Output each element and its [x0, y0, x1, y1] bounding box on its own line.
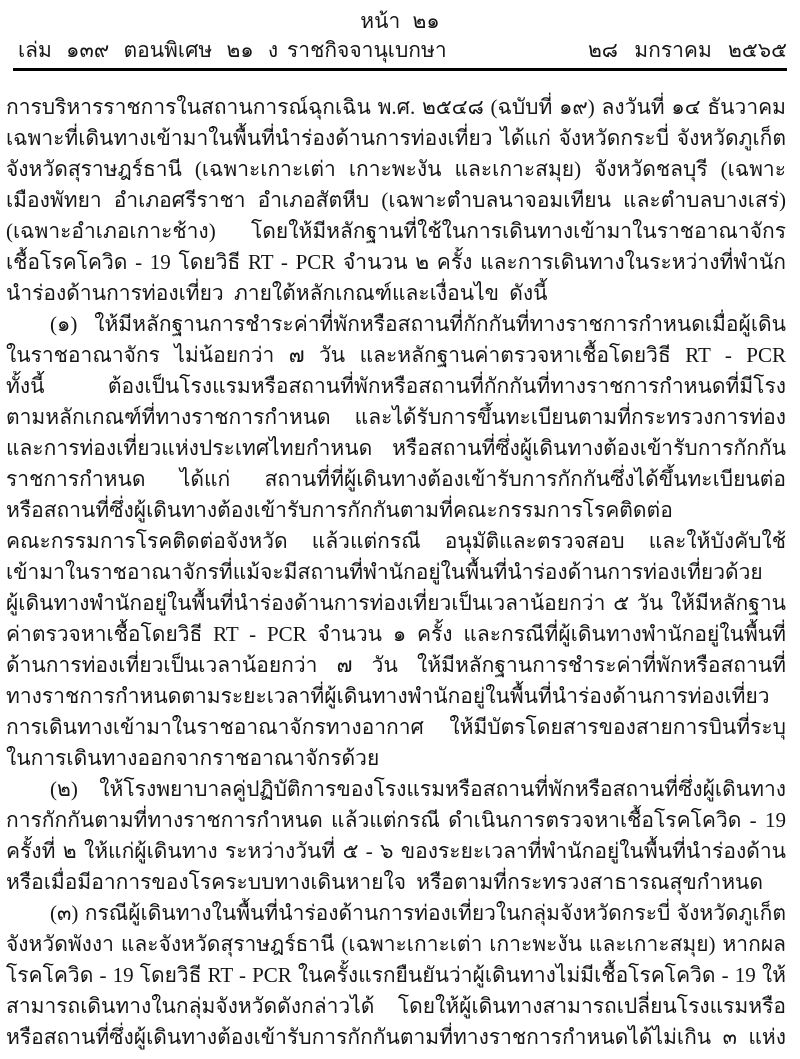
document-body: การบริหารราชการในสถานการณ์ฉุกเฉิน พ.ศ. ๒…: [0, 71, 800, 1053]
text-line: และการท่องเที่ยวแห่งประเทศไทยกำหนด หรือส…: [6, 433, 786, 464]
page-number: หน้า ๒๑: [0, 7, 800, 35]
text-line: (๒) ให้โรงพยาบาลคู่ปฏิบัติการของโรงแรมหร…: [6, 774, 786, 805]
gazette-page: หน้า ๒๑ เล่ม ๑๓๙ ตอนพิเศษ ๒๑ ง ราชกิจจาน…: [0, 0, 800, 1059]
text-line: เฉพาะที่เดินทางเข้ามาในพื้นที่นำร่องด้าน…: [6, 123, 786, 154]
header-meta-row: เล่ม ๑๓๙ ตอนพิเศษ ๒๑ ง ราชกิจจานุเบกษา ๒…: [0, 35, 800, 66]
text-line: เข้ามาในราชอาณาจักรที่แม้จะมีสถานที่พำนั…: [6, 557, 786, 588]
text-line: ทางราชการกำหนดตามระยะเวลาที่ผู้เดินทางพำ…: [6, 681, 786, 712]
text-line: (๓) กรณีผู้เดินทางในพื้นที่นำร่องด้านการ…: [6, 898, 786, 929]
text-line: ในราชอาณาจักร ไม่น้อยกว่า ๗ วัน และหลักฐ…: [6, 340, 786, 371]
text-line: สามารถเดินทางในกลุ่มจังหวัดดังกล่าวได้ โ…: [6, 991, 786, 1022]
text-line: ค่าตรวจหาเชื้อโดยวิธี RT - PCR จำนวน ๑ ค…: [6, 619, 786, 650]
text-line: หรือสถานที่ซึ่งผู้เดินทางต้องเข้ารับการก…: [6, 1022, 786, 1053]
text-line: ตามหลักเกณฑ์ที่ทางราชการกำหนด และได้รับก…: [6, 402, 786, 433]
volume-info: เล่ม ๑๓๙ ตอนพิเศษ ๒๑ ง: [18, 35, 278, 66]
text-line: ในการเดินทางออกจากราชอาณาจักรด้วย: [6, 743, 786, 774]
text-line: จังหวัดสุราษฎร์ธานี (เฉพาะเกาะเต่า เกาะพ…: [6, 154, 786, 185]
text-line: เชื้อโรคโควิด - 19 โดยวิธี RT - PCR จำนว…: [6, 247, 786, 278]
text-line: การกักกันตามที่ทางราชการกำหนด แล้วแต่กรณ…: [6, 805, 786, 836]
gazette-title: ราชกิจจานุเบกษา: [287, 35, 447, 66]
page-header: หน้า ๒๑ เล่ม ๑๓๙ ตอนพิเศษ ๒๑ ง ราชกิจจาน…: [0, 0, 800, 71]
text-line: การเดินทางเข้ามาในราชอาณาจักรทางอากาศ ให…: [6, 712, 786, 743]
text-line: (เฉพาะอำเภอเกาะช้าง) โดยให้มีหลักฐานที่ใ…: [6, 216, 786, 247]
text-line: ด้านการท่องเที่ยวเป็นเวลาน้อยกว่า ๗ วัน …: [6, 650, 786, 681]
text-line: ทั้งนี้ ต้องเป็นโรงแรมหรือสถานที่พักหรือ…: [6, 371, 786, 402]
text-line: คณะกรรมการโรคติดต่อจังหวัด แล้วแต่กรณี อ…: [6, 526, 786, 557]
text-line: หรือสถานที่ซึ่งผู้เดินทางต้องเข้ารับการก…: [6, 495, 786, 526]
paragraph: (๒) ให้โรงพยาบาลคู่ปฏิบัติการของโรงแรมหร…: [6, 774, 786, 898]
text-line: หรือเมื่อมีอาการของโรคระบบทางเดินหายใจ ห…: [6, 867, 786, 898]
paragraph: (๑) ให้มีหลักฐานการชำระค่าที่พักหรือสถาน…: [6, 309, 786, 774]
text-line: จังหวัดพังงา และจังหวัดสุราษฎร์ธานี (เฉพ…: [6, 929, 786, 960]
text-line: ผู้เดินทางพำนักอยู่ในพื้นที่นำร่องด้านกา…: [6, 588, 786, 619]
text-line: การบริหารราชการในสถานการณ์ฉุกเฉิน พ.ศ. ๒…: [6, 92, 786, 123]
paragraph: การบริหารราชการในสถานการณ์ฉุกเฉิน พ.ศ. ๒…: [6, 92, 786, 309]
text-line: (๑) ให้มีหลักฐานการชำระค่าที่พักหรือสถาน…: [6, 309, 786, 340]
publication-date: ๒๘ มกราคม ๒๕๖๕: [588, 35, 787, 66]
text-line: นำร่องด้านการท่องเที่ยว ภายใต้หลักเกณฑ์แ…: [6, 278, 786, 309]
text-line: เมืองพัทยา อำเภอศรีราชา อำเภอสัตหีบ (เฉพ…: [6, 185, 786, 216]
paragraph: (๓) กรณีผู้เดินทางในพื้นที่นำร่องด้านการ…: [6, 898, 786, 1053]
text-line: ราชการกำหนด ได้แก่ สถานที่ที่ผู้เดินทางต…: [6, 464, 786, 495]
text-line: ครั้งที่ ๒ ให้แก่ผู้เดินทาง ระหว่างวันที…: [6, 836, 786, 867]
text-line: โรคโควิด - 19 โดยวิธี RT - PCR ในครั้งแร…: [6, 960, 786, 991]
